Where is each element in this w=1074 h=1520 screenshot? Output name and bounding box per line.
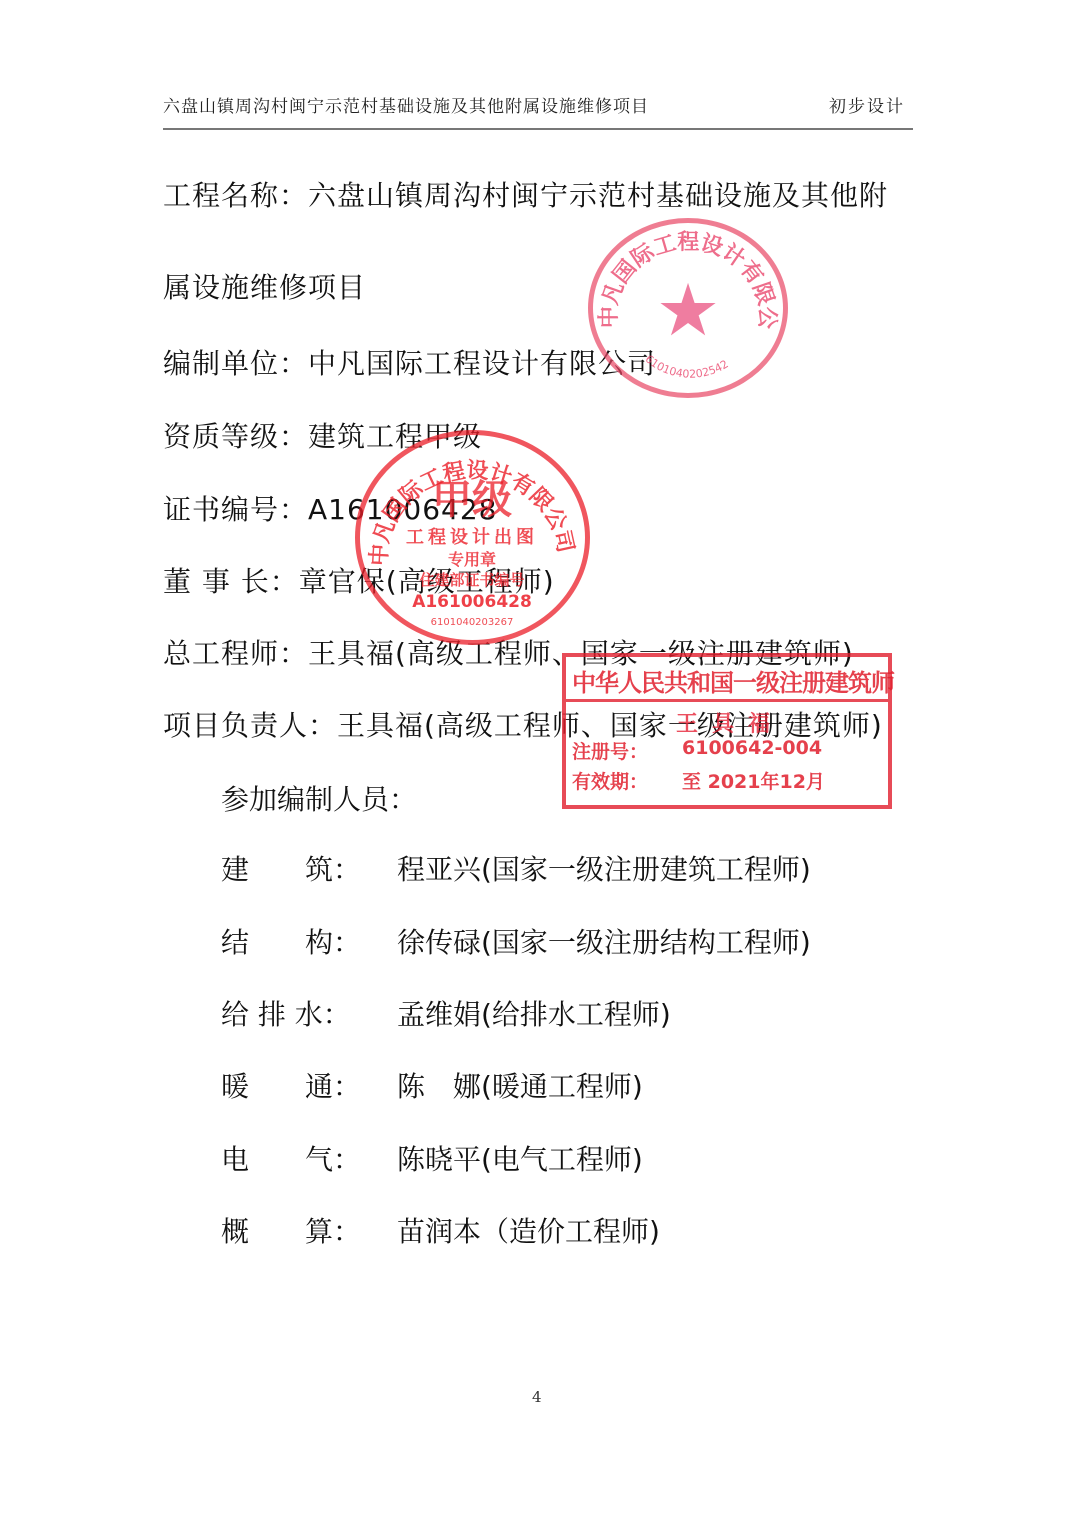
valid-label: 有效期： — [572, 771, 648, 793]
staff-person: 孟维娟(给排水工程师) — [397, 993, 671, 1033]
qualification-grade: 资质等级：建筑工程甲级 — [163, 415, 482, 455]
staff-role: 结 构： — [221, 921, 397, 961]
staff-section-title: 参加编制人员： — [221, 778, 417, 818]
header-stage: 初步设计 — [829, 92, 905, 117]
staff-person: 徐传碌(国家一级注册结构工程师) — [397, 921, 811, 961]
reg-label: 注册号： — [572, 741, 648, 763]
header-divider — [163, 128, 913, 130]
certificate-number: 证书编号：A161006428 — [163, 488, 498, 528]
staff-row: 建 筑：程亚兴(国家一级注册建筑工程师) — [221, 848, 811, 888]
architect-seal-title: 中华人民共和国一级注册建筑师 — [572, 663, 894, 698]
architect-seal: 中华人民共和国一级注册建筑师 王具福 注册号： 6100642-004 有效期：… — [562, 653, 892, 809]
compiler-unit: 编制单位：中凡国际工程设计有限公司 — [163, 342, 656, 382]
staff-row: 暖 通：陈 娜(暖通工程师) — [221, 1065, 643, 1105]
design-seal: 中凡国际工程设计有限公司 甲级 工程设计出图 专用章 住建部证书编号 A1610… — [355, 430, 590, 645]
architect-seal-reg: 注册号： 6100642-004 — [572, 737, 648, 764]
running-header: 六盘山镇周沟村闽宁示范村基础设施及其他附属设施维修项目 初步设计 — [163, 92, 913, 118]
page-number: 4 — [532, 1388, 542, 1406]
staff-person: 程亚兴(国家一级注册建筑工程师) — [397, 848, 811, 888]
staff-role: 电 气： — [221, 1138, 397, 1178]
staff-role: 给 排 水： — [221, 993, 397, 1033]
header-project-title: 六盘山镇周沟村闽宁示范村基础设施及其他附属设施维修项目 — [163, 92, 649, 117]
staff-role: 暖 通： — [221, 1065, 397, 1105]
staff-row: 电 气：陈晓平(电气工程师) — [221, 1138, 643, 1178]
chairman: 董 事 长：章官保(高级工程师) — [163, 560, 555, 600]
staff-row: 结 构：徐传碌(国家一级注册结构工程师) — [221, 921, 811, 961]
staff-role: 建 筑： — [221, 848, 397, 888]
star-icon: ★ — [656, 268, 721, 352]
project-name-line2: 属设施维修项目 — [163, 266, 366, 306]
staff-person: 陈 娜(暖通工程师) — [397, 1065, 643, 1105]
svg-text:工程设计出图: 工程设计出图 — [406, 526, 538, 548]
svg-text:中凡国际工程设计有限公司: 中凡国际工程设计有限公司 — [593, 223, 779, 330]
staff-person: 陈晓平(电气工程师) — [397, 1138, 643, 1178]
staff-person: 苗润本（造价工程师) — [397, 1210, 660, 1250]
valid-until: 至 2021年12月 — [682, 767, 825, 794]
architect-seal-name: 王具福 — [676, 707, 784, 738]
staff-role: 概 算： — [221, 1210, 397, 1250]
svg-text:6101040203267: 6101040203267 — [431, 617, 514, 628]
staff-row: 给 排 水：孟维娟(给排水工程师) — [221, 993, 671, 1033]
architect-seal-divider — [566, 699, 888, 702]
architect-seal-validity: 有效期： 至 2021年12月 — [572, 767, 648, 794]
reg-number: 6100642-004 — [682, 737, 822, 759]
staff-row: 概 算：苗润本（造价工程师) — [221, 1210, 660, 1250]
project-name-line1: 工程名称：六盘山镇周沟村闽宁示范村基础设施及其他附 — [163, 174, 888, 214]
design-seal-content: 中凡国际工程设计有限公司 甲级 工程设计出图 专用章 住建部证书编号 A1610… — [360, 435, 585, 640]
